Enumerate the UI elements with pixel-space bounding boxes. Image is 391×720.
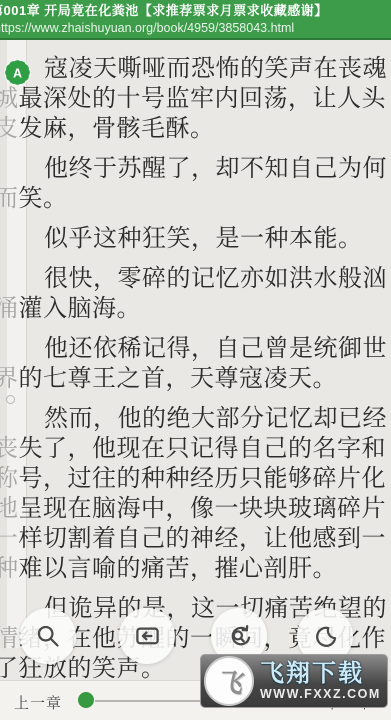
clipped-char: 种	[0, 555, 19, 582]
clipped-char: 称	[0, 465, 19, 492]
line-text: 失了，他现在只记得自己的名字和	[19, 435, 387, 462]
line-text: 笑。	[19, 185, 68, 212]
text-line: 丧失了，他现在只记得自己的名字和	[0, 434, 391, 464]
watermark-banner: 飞 飞翔下载 www.FXXZ.COM	[200, 654, 388, 708]
text-line: 很快，零碎的记忆亦如洪水般汹	[0, 264, 391, 294]
font-size-badge[interactable]: A	[3, 58, 32, 87]
text-line: 然而，他的绝大部分记忆却已经	[0, 404, 391, 434]
line-text: 寇凌天嘶哑而恐怖的笑声在丧魂	[44, 55, 387, 82]
line-text: 他终于苏醒了，却不知自己为何	[44, 155, 387, 182]
line-text: 号，过往的种种经历只能够碎片化	[19, 465, 387, 492]
reader-page: A 寇凌天嘶哑而恐怖的笑声在丧魂城最深处的十号监牢内回荡，让人头皮发麻，骨骸毛酥…	[0, 40, 391, 680]
fxxz-logo-glyph: 飞	[216, 663, 242, 700]
clipped-char: 丧	[0, 435, 19, 462]
line-text: 很快，零碎的记忆亦如洪水般汹	[44, 265, 387, 292]
font-badge-seal-icon: A	[3, 58, 32, 87]
text-line: 称号，过往的种种经历只能够碎片化	[0, 464, 391, 494]
text-line: 一样切割着自己的神经，让他感到一	[0, 524, 391, 554]
watermark-site: www.FXXZ.COM	[260, 687, 381, 701]
line-text: 灌入脑海。	[19, 295, 142, 322]
reader-text: 寇凌天嘶哑而恐怖的笑声在丧魂城最深处的十号监牢内回荡，让人头皮发麻，骨骸毛酥。他…	[0, 40, 391, 680]
text-line: 涌灌入脑海。	[0, 294, 391, 324]
line-text: 最深处的十号监牢内回荡，让人头	[19, 85, 387, 112]
fxxz-logo-icon: 飞	[204, 656, 254, 706]
prev-chapter-button[interactable]: 上一章	[14, 692, 62, 713]
address-url[interactable]: https://www.zhaishuyuan.org/book/4959/38…	[0, 20, 391, 36]
line-text: 他还依稀记得，自己曾是统御世	[44, 335, 387, 362]
exit-screen-icon	[134, 623, 161, 650]
svg-text:A: A	[13, 66, 22, 80]
line-text: 发麻，骨骸毛酥。	[19, 115, 215, 142]
line-text: 呈现在脑海中，像一块块玻璃碎片	[19, 495, 387, 522]
clipped-char: 情	[0, 625, 19, 652]
refresh-zoom-icon	[226, 623, 253, 650]
text-line: 皮发麻，骨骸毛酥。	[0, 114, 391, 144]
progress-slider-thumb[interactable]	[78, 692, 94, 708]
browser-header: 第001章 开局竟在化粪池【求推荐票求月票求收藏感谢】 https://www.…	[0, 0, 391, 40]
clipped-char: 城	[0, 85, 19, 112]
text-line: 界的七尊王之首，天尊寇凌天。	[0, 364, 391, 394]
clipped-char: 皮	[0, 115, 19, 142]
text-line: 似乎这种狂笑，是一种本能。	[0, 224, 391, 254]
text-line: 寇凌天嘶哑而恐怖的笑声在丧魂	[0, 54, 391, 84]
zoom-search-button[interactable]	[20, 608, 76, 664]
night-mode-icon	[312, 623, 339, 650]
line-text: 然而，他的绝大部分记忆却已经	[44, 405, 387, 432]
line-text: 难以言喻的痛苦，摧心剖肝。	[19, 555, 338, 582]
magnifier-icon	[35, 623, 62, 650]
text-line: 而笑。	[0, 184, 391, 214]
exit-screen-button[interactable]	[119, 608, 175, 664]
clipped-char: 一	[0, 525, 19, 552]
clipped-char: 而	[0, 185, 19, 212]
clipped-char: 界	[0, 365, 19, 392]
text-line: 他还依稀记得，自己曾是统御世	[0, 334, 391, 364]
clipped-char: 涌	[0, 295, 19, 322]
line-text: 似乎这种狂笑，是一种本能。	[44, 225, 363, 252]
text-line: 种难以言喻的痛苦，摧心剖肝。	[0, 554, 391, 584]
watermark-brand: 飞翔下载	[260, 661, 364, 687]
text-line: 城最深处的十号监牢内回荡，让人头	[0, 84, 391, 114]
text-line: 地呈现在脑海中，像一块块玻璃碎片	[0, 494, 391, 524]
line-text: 样切割着自己的神经，让他感到一	[19, 525, 387, 552]
line-text: 的七尊王之首，天尊寇凌天。	[19, 365, 338, 392]
clipped-char: 地	[0, 495, 19, 522]
text-line: 他终于苏醒了，却不知自己为何	[0, 154, 391, 184]
page-title: 第001章 开局竟在化粪池【求推荐票求月票求收藏感谢】	[0, 2, 391, 19]
